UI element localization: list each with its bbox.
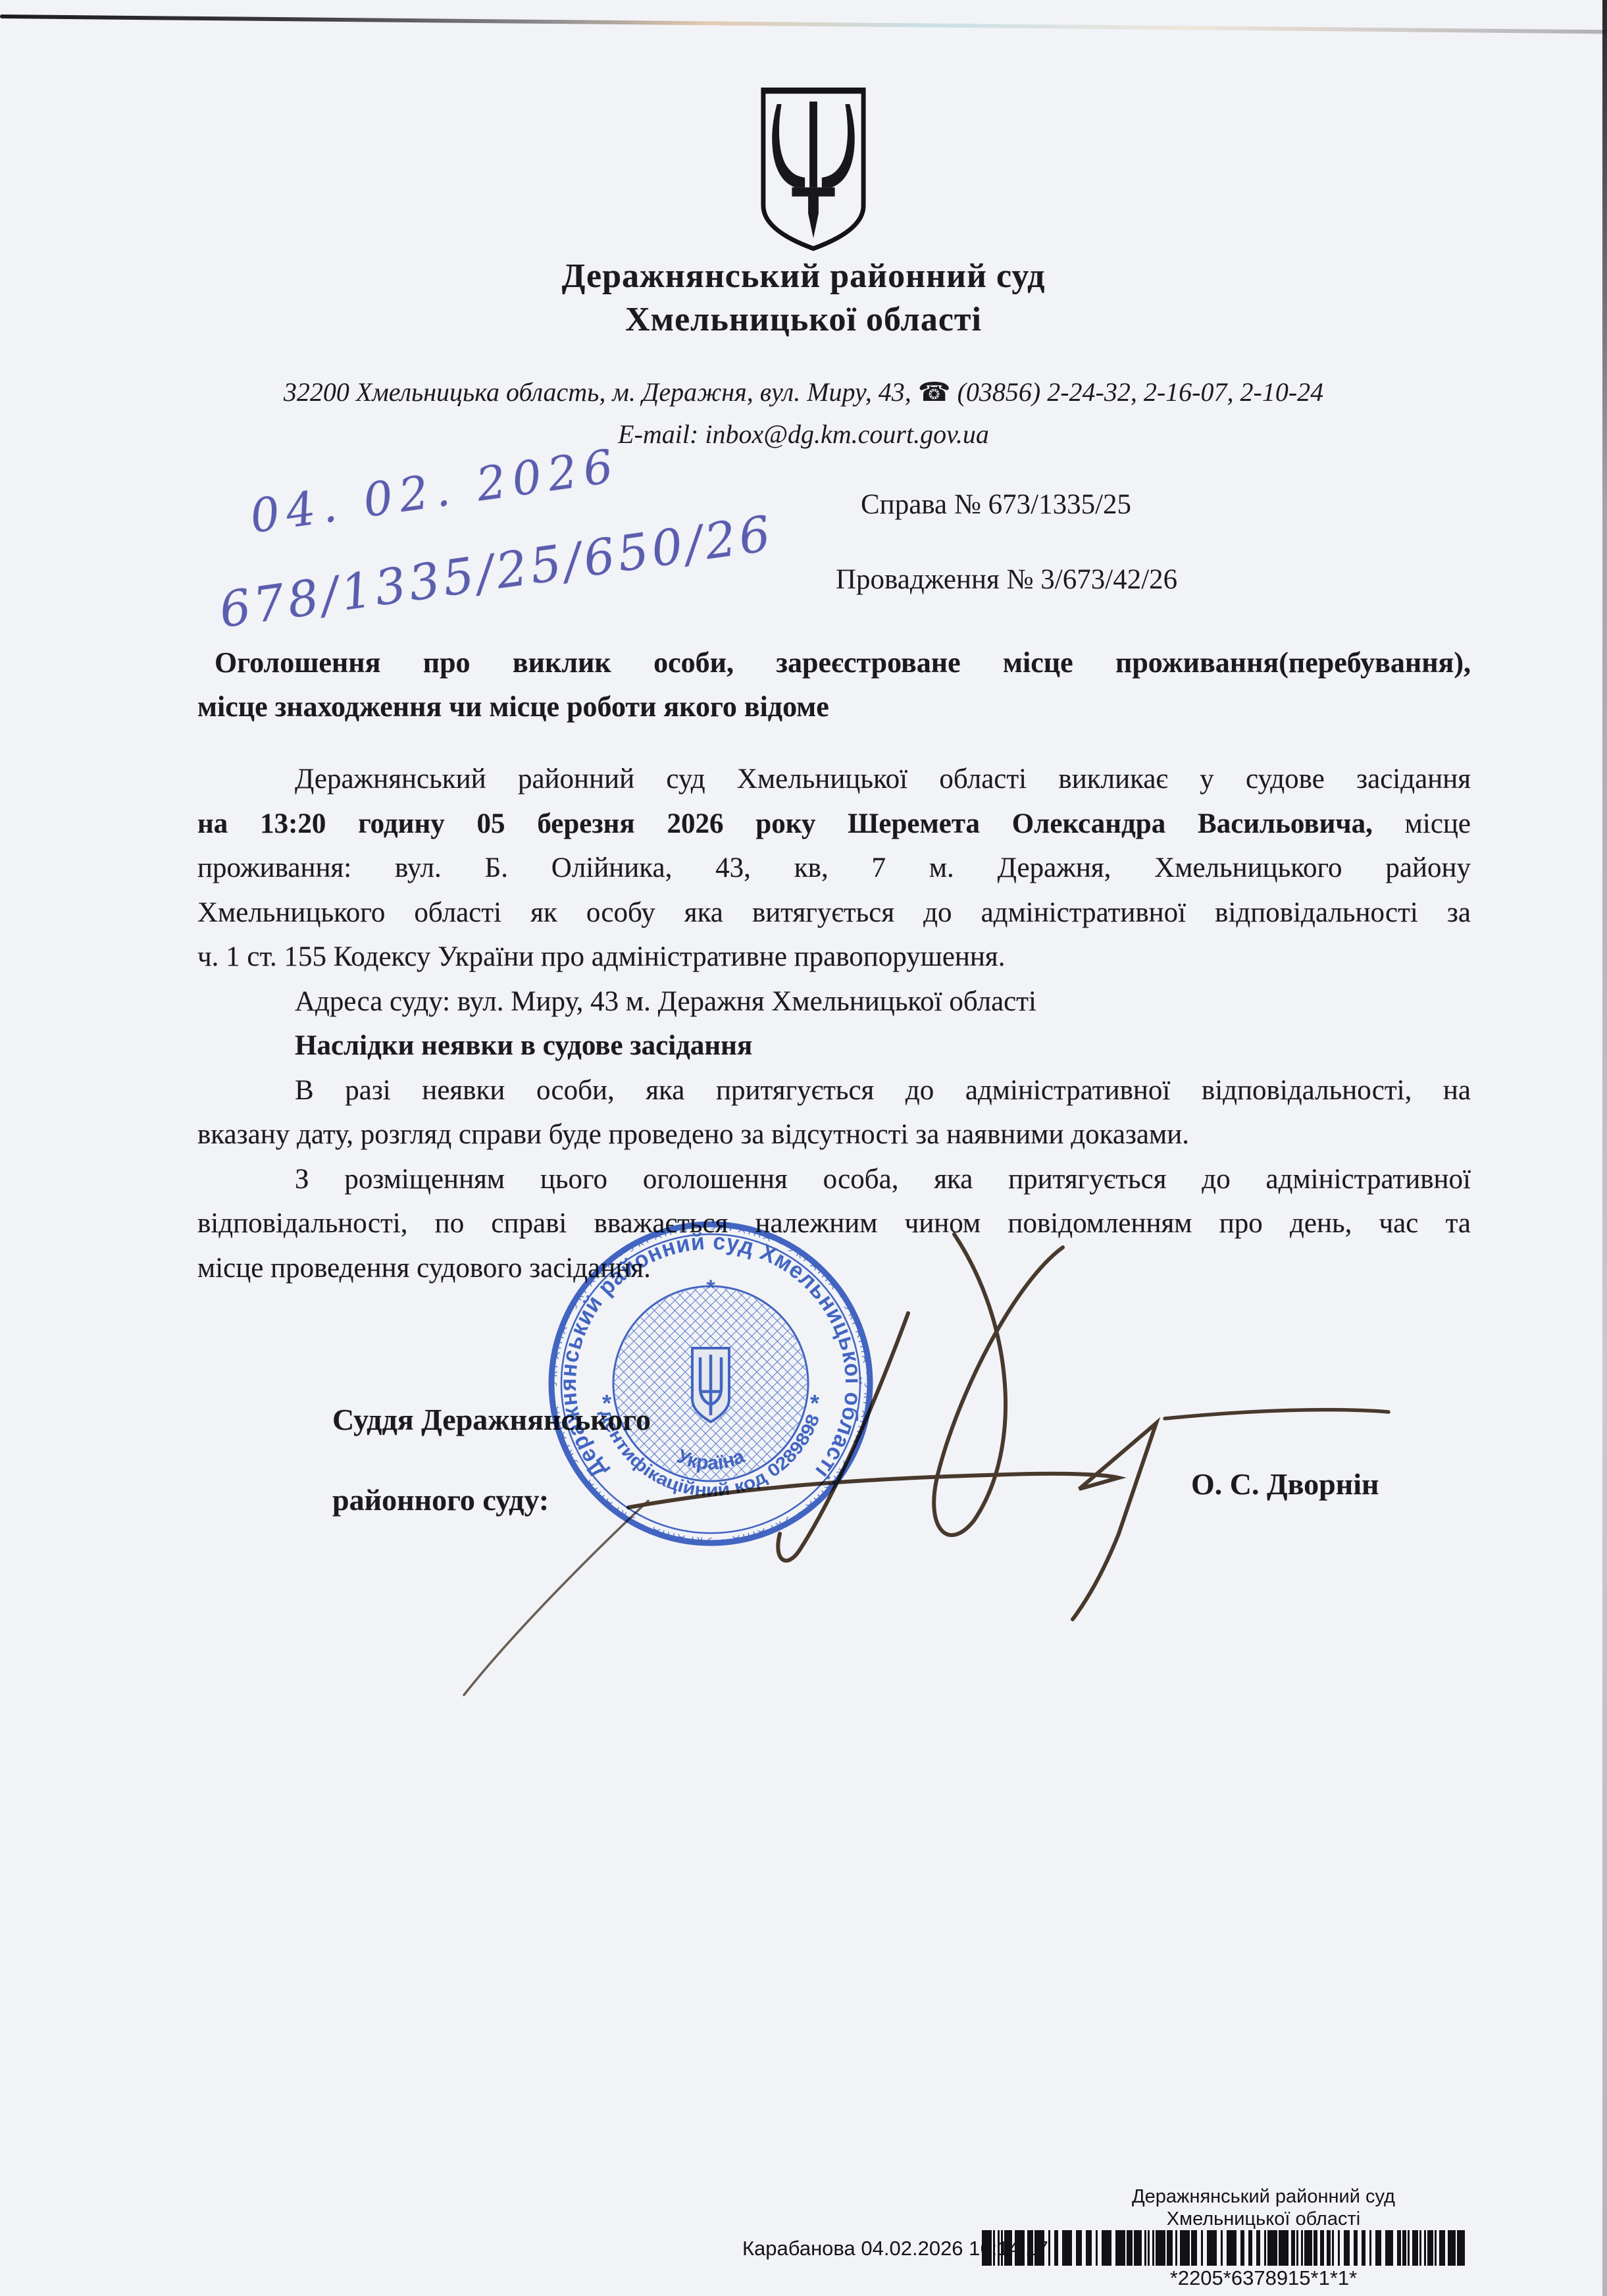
address-phones: (03856) 2-24-32, 2-16-07, 2-10-24 [951, 377, 1324, 407]
scanner-edge-artifact-right [1602, 0, 1607, 2296]
court-email-line: E-mail: inbox@dg.km.court.gov.ua [0, 419, 1607, 450]
body-text-run: Хмельницького області як особу яка витяг… [197, 897, 1471, 928]
body-text-run: на 13:20 годину 05 березня 2026 року Шер… [197, 808, 1373, 839]
body-text-run: місце [1373, 808, 1471, 839]
scanned-court-document: Деражнянський районний суд Хмельницької … [0, 0, 1607, 2296]
handwritten-date: 04. 02. 2026 [247, 438, 623, 544]
body-text-run: З розміщенням цього оголошення особа, як… [295, 1164, 1471, 1195]
body-line: вказану дату, розгляд справи буде провед… [197, 1112, 1471, 1157]
court-name-line1: Деражнянський районний суд [0, 257, 1607, 296]
body-line: ч. 1 ст. 155 Кодексу України про адмініс… [197, 935, 1471, 979]
proceeding-number: Провадження № 3/673/42/26 [836, 563, 1177, 596]
body-line: Деражнянський районний суд Хмельницької … [197, 757, 1471, 802]
footer-court-line2: Хмельницької області [1079, 2208, 1448, 2230]
body-line: проживання: вул. Б. Олійника, 43, кв, 7 … [197, 846, 1471, 891]
body-text-run: В разі неявки особи, яка притягується до… [295, 1075, 1471, 1106]
barcode [982, 2230, 1541, 2266]
judge-signature [395, 1211, 1421, 1711]
body-text-run: Наслідки неявки в судове засідання [295, 1030, 752, 1061]
court-name-line2: Хмельницької області [0, 300, 1607, 339]
body-line: В разі неявки особи, яка притягується до… [197, 1068, 1471, 1113]
body-line: Хмельницького області як особу яка витяг… [197, 891, 1471, 935]
body-line: на 13:20 годину 05 березня 2026 року Шер… [197, 802, 1471, 847]
barcode-value: *2205*6378915*1*1* [1079, 2267, 1448, 2289]
body-text-run: вказану дату, розгляд справи буде провед… [197, 1119, 1189, 1150]
body-text-run: проживання: вул. Б. Олійника, 43, кв, 7 … [197, 852, 1471, 883]
document-title-line1: Оголошення про виклик особи, зареєстрова… [197, 640, 1471, 685]
court-address-line: 32200 Хмельницька область, м. Деражня, в… [0, 377, 1607, 407]
body-line: З розміщенням цього оголошення особа, як… [197, 1157, 1471, 1202]
address-text: 32200 Хмельницька область, м. Деражня, в… [284, 377, 918, 407]
scanner-edge-artifact-top [0, 14, 1607, 34]
body-text-run: Адреса суду: вул. Миру, 43 м. Деражня Хм… [295, 986, 1036, 1017]
case-number: Справа № 673/1335/25 [861, 488, 1131, 521]
body-line: Наслідки неявки в судове засідання [197, 1024, 1471, 1068]
body-text-run: ч. 1 ст. 155 Кодексу України про адмініс… [197, 941, 1005, 972]
footer-court-line1: Деражнянський районний суд [1079, 2185, 1448, 2208]
document-title: Оголошення про виклик особи, зареєстрова… [197, 640, 1471, 729]
body-line: Адреса суду: вул. Миру, 43 м. Деражня Хм… [197, 979, 1471, 1024]
body-text-run: Деражнянський районний суд Хмельницької … [295, 764, 1471, 795]
phone-icon: ☎ [918, 377, 951, 407]
trident-glyph [772, 101, 855, 238]
document-body: Деражнянський районний суд Хмельницької … [197, 757, 1471, 1290]
document-title-line2: місце знаходження чи місце роботи якого … [197, 685, 1471, 729]
ukraine-trident-emblem [758, 84, 869, 254]
